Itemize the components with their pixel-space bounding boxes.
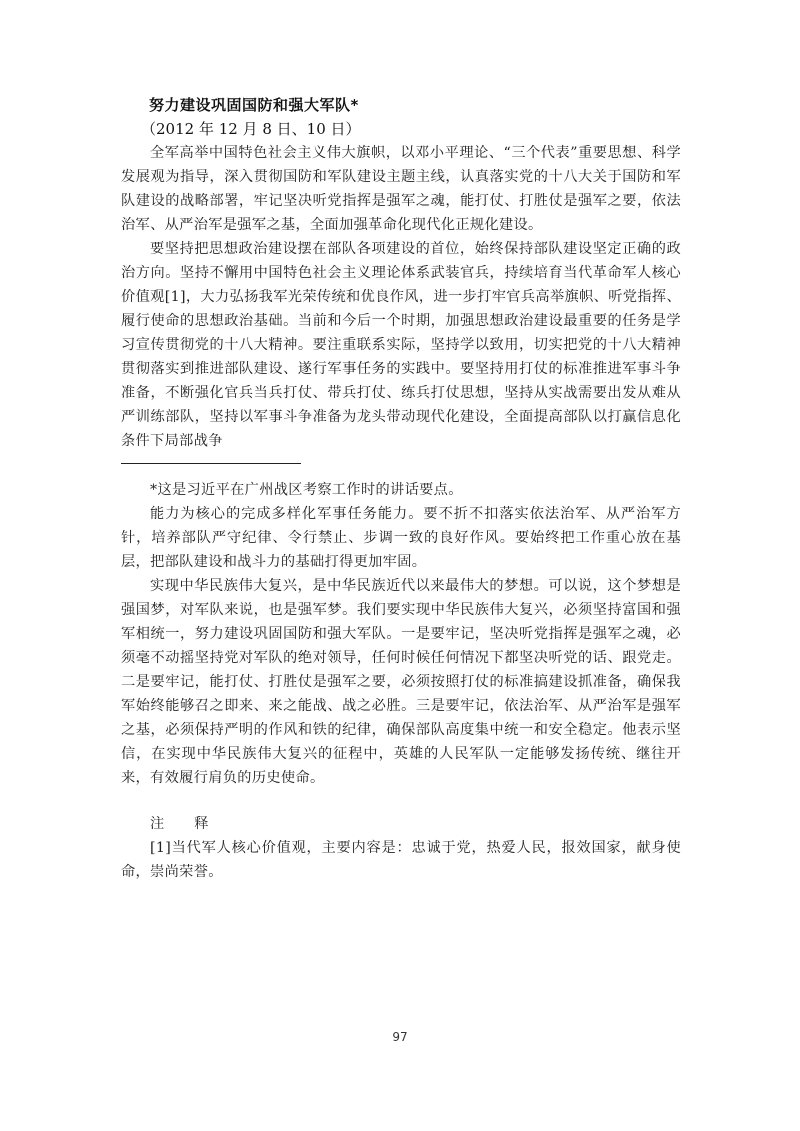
body-paragraph: 全军高举中国特色社会主义伟大旗帜，以邓小平理论、“三个代表”重要思想、科学发展观…	[121, 141, 681, 237]
notes-heading-right: 释	[194, 812, 208, 836]
document-date: （2012 年 12 月 8 日、10 日）	[141, 117, 681, 141]
note-item: [1]当代军人核心价值观，主要内容是：忠诚于党，热爱人民，报效国家，献身使命，崇…	[121, 836, 681, 884]
document-title: 努力建设巩固国防和强大军队*	[149, 93, 681, 117]
body-paragraph: 实现中华民族伟大复兴，是中华民族近代以来最伟大的梦想。可以说，这个梦想是强国梦，…	[121, 574, 681, 790]
body-paragraph: 能力为核心的完成多样化军事任务能力。要不折不扣落实依法治军、从严治军方针，培养部…	[121, 502, 681, 574]
footnote-separator	[121, 463, 301, 464]
body-paragraph: 要坚持把思想政治建设摆在部队各项建设的首位，始终保持部队建设坚定正确的政治方向。…	[121, 237, 681, 453]
page-number: 97	[0, 1030, 800, 1044]
notes-heading: 注释	[150, 812, 681, 836]
document-page: 努力建设巩固国防和强大军队* （2012 年 12 月 8 日、10 日） 全军…	[121, 93, 681, 884]
notes-heading-left: 注	[150, 812, 164, 836]
footnote-text: *这是习近平在广州战区考察工作时的讲话要点。	[121, 478, 681, 502]
